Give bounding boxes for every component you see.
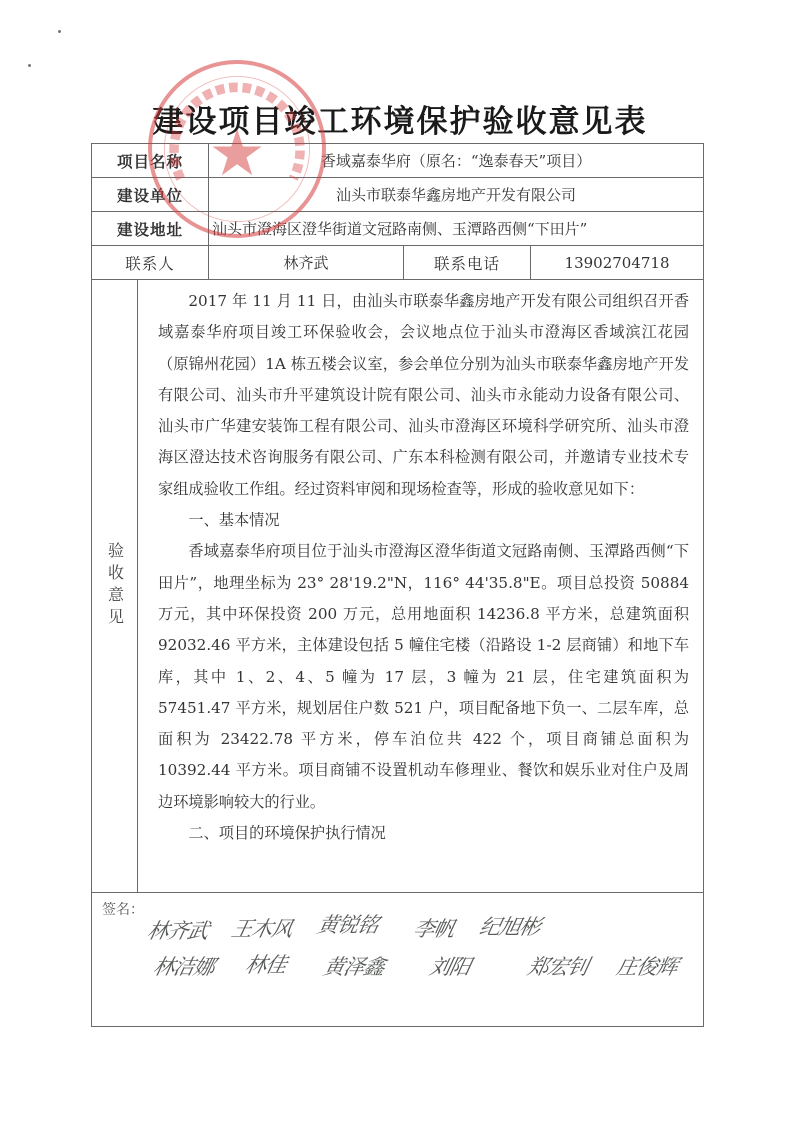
contact-value: 林齐武 xyxy=(209,246,404,280)
signature: 黄泽鑫 xyxy=(321,951,387,981)
section1-body: 香域嘉泰华府项目位于汕头市澄海区澄华街道文冠路南侧、玉潭路西侧“下田片”，地理坐… xyxy=(158,536,689,818)
project-name-value: 香域嘉泰华府（原名：“逸泰春天”项目） xyxy=(209,144,704,178)
scan-speck xyxy=(58,30,61,33)
opinion-label-cell: 验收意见 xyxy=(92,280,138,893)
acceptance-form-table: 项目名称 香域嘉泰华府（原名：“逸泰春天”项目） 建设单位 汕头市联泰华鑫房地产… xyxy=(91,143,704,1027)
opinion-content: 2017 年 11 月 11 日，由汕头市联泰华鑫房地产开发有限公司组织召开香域… xyxy=(138,280,704,893)
signature: 李帆 xyxy=(411,913,457,943)
row-address: 建设地址 汕头市澄海区澄华街道文冠路南侧、玉潭路西侧“下田片” xyxy=(92,212,704,246)
phone-value: 13902704718 xyxy=(531,246,704,280)
row-project-name: 项目名称 香域嘉泰华府（原名：“逸泰春天”项目） xyxy=(92,144,704,178)
row-signature: 签名： 林齐武 王木风 黄锐铭 李帆 纪旭彬 林洁娜 林佳 黄泽鑫 刘阳 郑宏钊… xyxy=(92,893,704,1027)
opinion-label: 验收意见 xyxy=(99,542,131,630)
project-name-label: 项目名称 xyxy=(92,144,209,178)
signature: 纪旭彬 xyxy=(477,911,543,941)
signature: 黄锐铭 xyxy=(315,909,381,939)
row-builder: 建设单位 汕头市联泰华鑫房地产开发有限公司 xyxy=(92,178,704,212)
phone-label: 联系电话 xyxy=(404,246,531,280)
opinion-intro: 2017 年 11 月 11 日，由汕头市联泰华鑫房地产开发有限公司组织召开香域… xyxy=(158,286,689,505)
contact-label: 联系人 xyxy=(92,246,209,280)
address-label: 建设地址 xyxy=(92,212,209,246)
section2-heading: 二、项目的环境保护执行情况 xyxy=(158,818,689,849)
builder-label: 建设单位 xyxy=(92,178,209,212)
address-value: 汕头市澄海区澄华街道文冠路南侧、玉潭路西侧“下田片” xyxy=(209,212,704,246)
row-contact: 联系人 林齐武 联系电话 13902704718 xyxy=(92,246,704,280)
signature: 林齐武 xyxy=(145,915,211,945)
signature-label: 签名： xyxy=(102,899,144,919)
signature: 郑宏钊 xyxy=(525,951,591,981)
signature: 王木风 xyxy=(229,913,295,943)
builder-value: 汕头市联泰华鑫房地产开发有限公司 xyxy=(209,178,704,212)
signature: 刘阳 xyxy=(427,951,473,981)
signature: 庄俊辉 xyxy=(614,951,680,981)
scan-speck xyxy=(28,64,31,67)
signature: 林佳 xyxy=(243,949,289,979)
page-title: 建设项目竣工环境保护验收意见表 xyxy=(0,96,800,141)
signature-cell: 签名： 林齐武 王木风 黄锐铭 李帆 纪旭彬 林洁娜 林佳 黄泽鑫 刘阳 郑宏钊… xyxy=(92,893,704,1027)
section1-heading: 一、基本情况 xyxy=(158,505,689,536)
signature: 林洁娜 xyxy=(151,951,217,981)
row-opinion: 验收意见 2017 年 11 月 11 日，由汕头市联泰华鑫房地产开发有限公司组… xyxy=(92,280,704,893)
